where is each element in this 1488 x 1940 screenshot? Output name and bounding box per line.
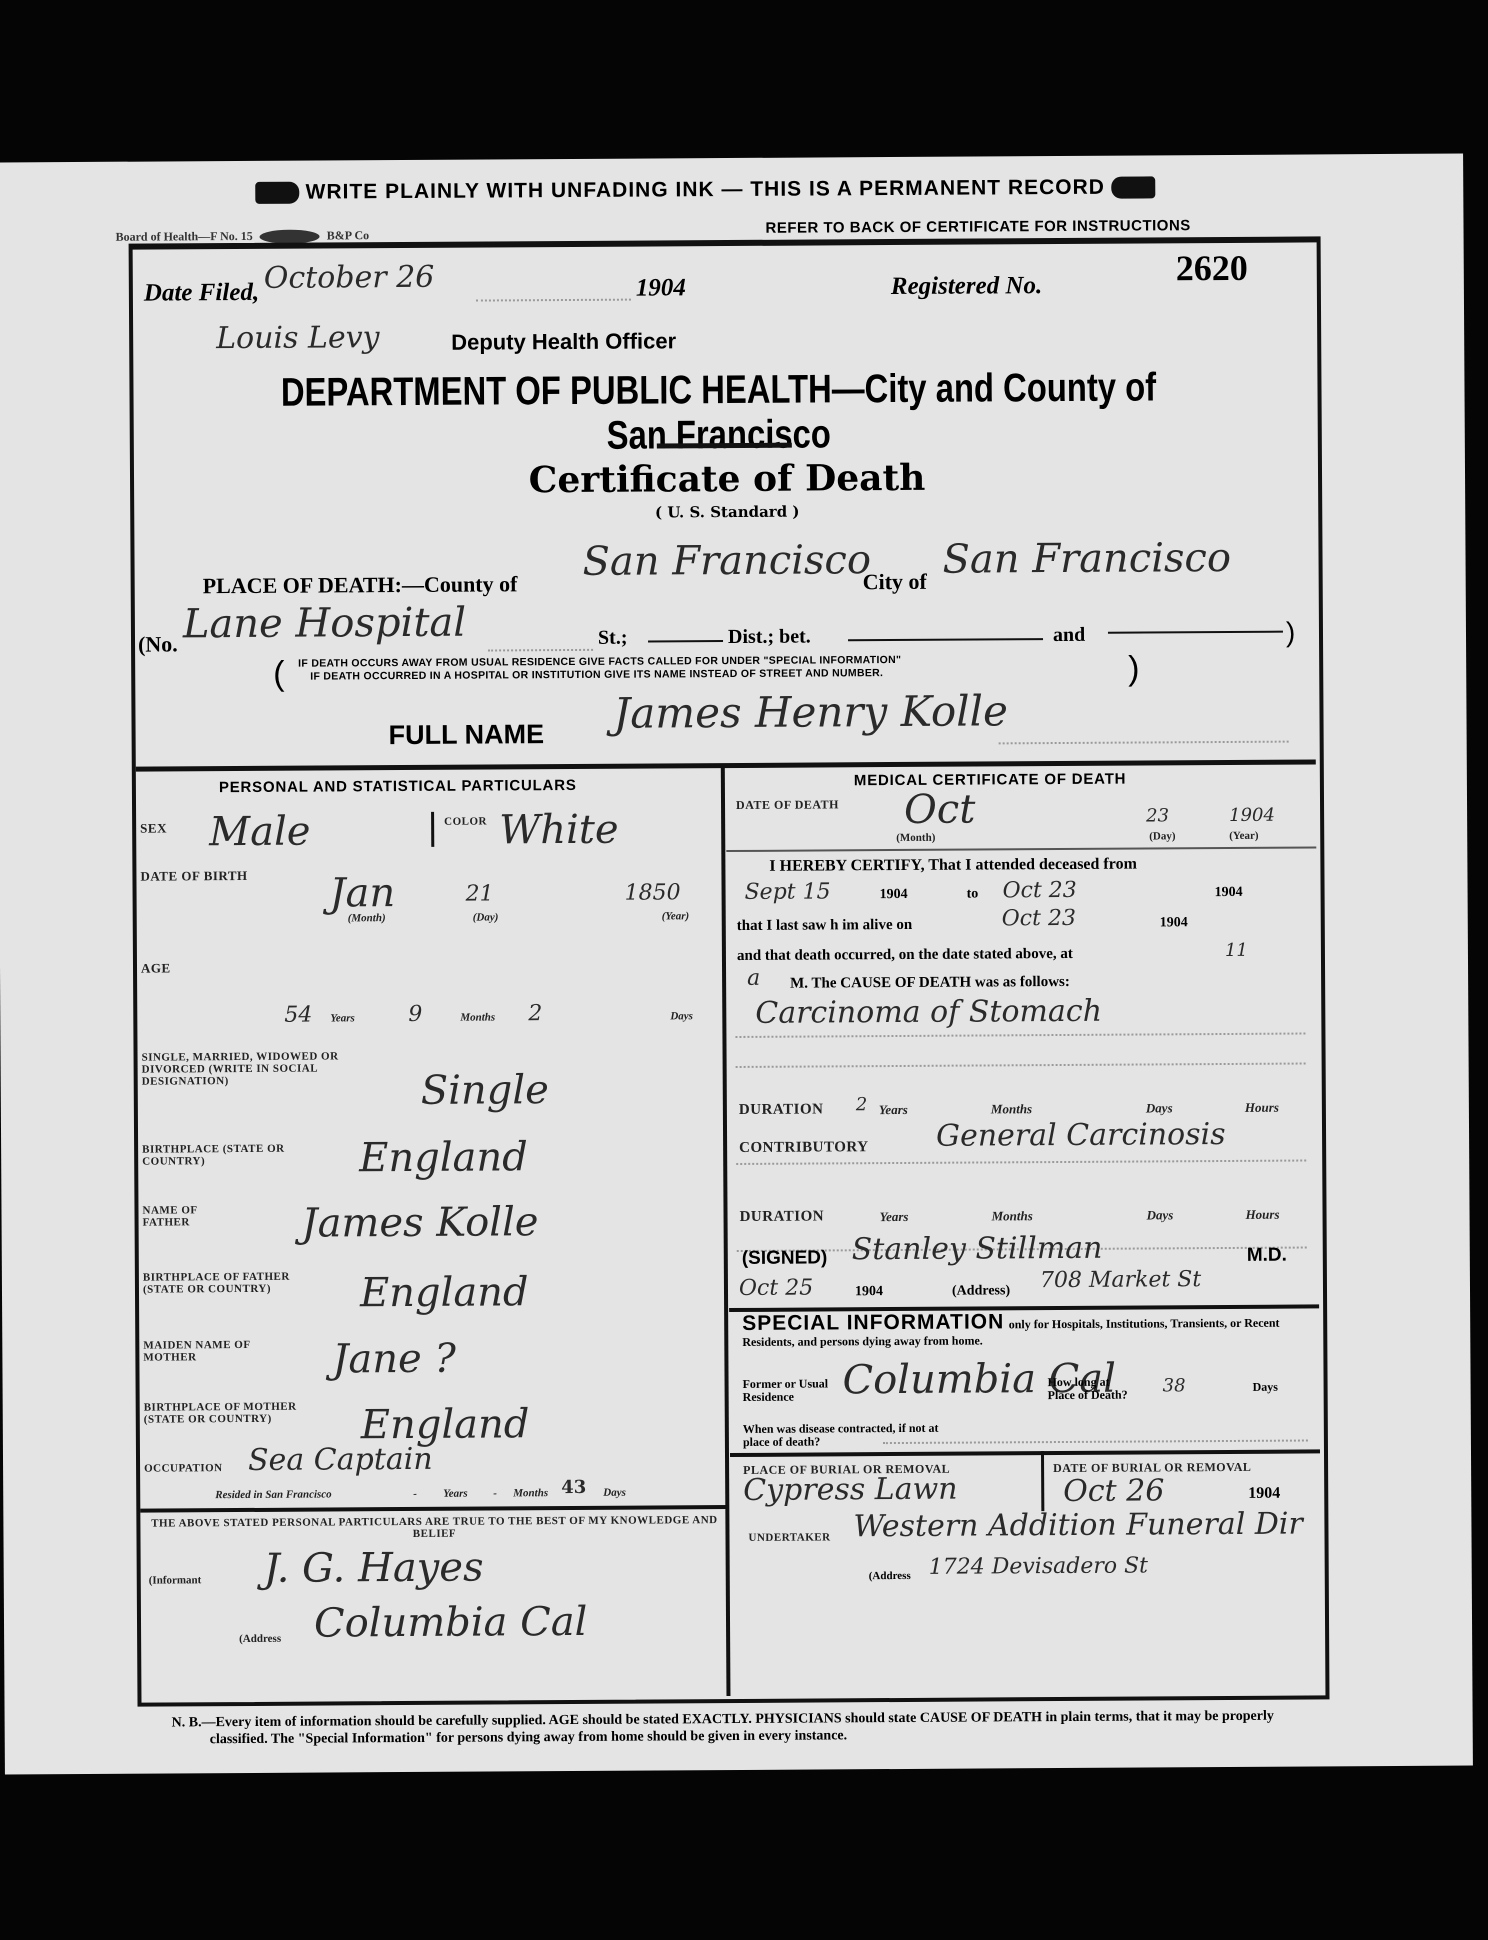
mother-label: MAIDEN NAME OF MOTHER (143, 1339, 283, 1364)
age-months: 9 (408, 1002, 422, 1027)
age-days: 2 (528, 1001, 542, 1026)
father-birthplace-label: BIRTHPLACE OF FATHER (State or Country) (143, 1271, 313, 1296)
signed-date: Oct 25 (739, 1276, 813, 1301)
and-label: and (1053, 624, 1085, 647)
warning-banner: WRITE PLAINLY WITH UNFADING INK — THIS I… (170, 175, 1240, 206)
officer-signature: Louis Levy (216, 320, 380, 356)
father-value: James Kolle (301, 1199, 538, 1246)
officer-title: Deputy Health Officer (451, 328, 676, 355)
location-value: Lane Hospital (183, 600, 466, 648)
county-value: San Francisco (582, 537, 871, 585)
full-name-value: James Henry Kolle (613, 686, 1008, 737)
dist-label: Dist.; bet. (728, 626, 811, 650)
attended-from: Sept 15 (744, 879, 830, 905)
dob-day: 21 (465, 881, 493, 906)
attest-text: THE ABOVE STATED PERSONAL PARTICULARS AR… (144, 1514, 724, 1542)
birthplace-value: England (359, 1134, 528, 1181)
special-info-heading: SPECIAL INFORMATION only for Hospitals, … (742, 1312, 1312, 1349)
age-label: AGE (141, 961, 171, 975)
ampm-value: a (747, 966, 760, 991)
marital-label: SINGLE, MARRIED, WIDOWED OR DIVORCED (Wr… (142, 1050, 372, 1087)
footer-note-prefix: N. B.— (172, 1715, 216, 1730)
how-long-label: How long at Place of Death? (1048, 1376, 1138, 1403)
contracted-label: When was disease contracted, if not at p… (743, 1422, 943, 1449)
warning-text: WRITE PLAINLY WITH UNFADING INK — THIS I… (306, 176, 1105, 204)
no-label: (No. (138, 631, 178, 657)
physician-address-label: (Address) (952, 1283, 1010, 1299)
pointing-hand-icon (1112, 177, 1156, 199)
duration2-label: DURATION (740, 1209, 825, 1224)
color-label: COLOR (444, 815, 487, 829)
st-label: St.; (598, 627, 628, 650)
title-divider (657, 443, 792, 449)
burial-place-value: Cypress Lawn (743, 1472, 958, 1508)
burial-date-value: Oct 26 (1063, 1473, 1164, 1509)
dod-day: 23 (1146, 805, 1169, 826)
undertaker-address-value: 1724 Devisadero St (929, 1553, 1148, 1579)
signed-label: (SIGNED) (742, 1247, 828, 1270)
pointing-hand-icon (255, 182, 299, 204)
undertaker-value: Western Addition Funeral Dir (853, 1507, 1303, 1545)
city-label: City of (863, 569, 927, 595)
date-filed-label: Date Filed, (144, 279, 259, 308)
dob-month: Jan (329, 870, 395, 916)
certificate-title: Certificate of Death (397, 456, 1057, 502)
dod-month: Oct (904, 787, 976, 833)
dob-year: 1850 (624, 880, 680, 905)
footer-note-text: Every item of information should be care… (210, 1709, 1274, 1748)
resided-label: Resided in San Francisco (215, 1488, 332, 1501)
dob-label: DATE OF BIRTH (140, 869, 247, 884)
cause-label: M. The CAUSE OF DEATH was as follows: (790, 974, 1070, 993)
occurred-text: and that death occurred, on the date sta… (737, 946, 1073, 965)
certificate-paper: WRITE PLAINLY WITH UNFADING INK — THIS I… (0, 154, 1473, 1775)
dod-label: DATE OF DEATH (736, 797, 839, 812)
refer-instructions: REFER TO BACK OF CERTIFICATE FOR INSTRUC… (765, 217, 1190, 237)
dod-year: 1904 (1229, 805, 1275, 826)
informant-value: J. G. Hayes (264, 1545, 484, 1592)
duration-label: DURATION (739, 1102, 824, 1117)
place-of-death-label: PLACE OF DEATH:—County of (203, 571, 518, 599)
city-value: San Francisco (942, 535, 1231, 583)
color-value: White (499, 807, 619, 854)
registered-label: Registered No. (891, 272, 1043, 301)
cause-value: Carcinoma of Stomach (755, 994, 1102, 1031)
certify-text: I HEREBY CERTIFY, That I attended deceas… (769, 856, 1137, 876)
father-label: NAME OF FATHER (142, 1204, 242, 1229)
mother-value: Jane ? (332, 1336, 456, 1383)
attended-to: Oct 23 (1002, 878, 1076, 903)
informant-address-label: (Address (239, 1633, 281, 1645)
marital-value: Single (421, 1067, 549, 1114)
father-birthplace-value: England (360, 1269, 529, 1316)
hour-value: 11 (1225, 940, 1248, 961)
informant-label: (Informant (149, 1574, 202, 1586)
contributory-value: General Carcinosis (936, 1117, 1226, 1154)
sex-label: SEX (140, 821, 167, 835)
md-label: M.D. (1247, 1245, 1287, 1267)
signed-value: Stanley Stillman (852, 1231, 1103, 1268)
sex-value: Male (209, 809, 311, 856)
duration-years: 2 (856, 1094, 868, 1115)
birthplace-label: BIRTHPLACE (State or Country) (142, 1143, 312, 1168)
how-long-value: 38 (1163, 1375, 1186, 1396)
last-saw-value: Oct 23 (1002, 906, 1076, 931)
former-residence-label: Former or Usual Residence (743, 1377, 833, 1404)
date-filed-year: 1904 (636, 274, 686, 302)
date-filed-value: October 26 (264, 260, 435, 296)
registered-number: 2620 (1176, 247, 1248, 289)
footer-note: N. B.—Every item of information should b… (160, 1707, 1310, 1748)
physician-address-value: 708 Market St (1040, 1267, 1201, 1293)
undertaker-address-label: (Address (869, 1570, 911, 1582)
occupation-label: OCCUPATION (144, 1461, 223, 1475)
informant-address-value: Columbia Cal (314, 1599, 588, 1647)
age-years: 54 (284, 1003, 312, 1028)
personal-heading: PERSONAL AND STATISTICAL PARTICULARS (219, 777, 577, 796)
occupation-value: Sea Captain (248, 1442, 433, 1478)
resided-days: 43 (561, 1477, 586, 1498)
medical-heading: MEDICAL CERTIFICATE OF DEATH (854, 771, 1126, 790)
full-name-label: FULL NAME (389, 719, 545, 751)
last-saw-label: that I last saw h im alive on (737, 917, 913, 935)
contributory-label: CONTRIBUTORY (739, 1140, 868, 1155)
place-instructions: IF DEATH OCCURS AWAY FROM USUAL RESIDENC… (298, 654, 901, 684)
undertaker-label: UNDERTAKER (748, 1530, 830, 1545)
mother-birthplace-label: BIRTHPLACE OF MOTHER (State or Country) (144, 1401, 314, 1426)
